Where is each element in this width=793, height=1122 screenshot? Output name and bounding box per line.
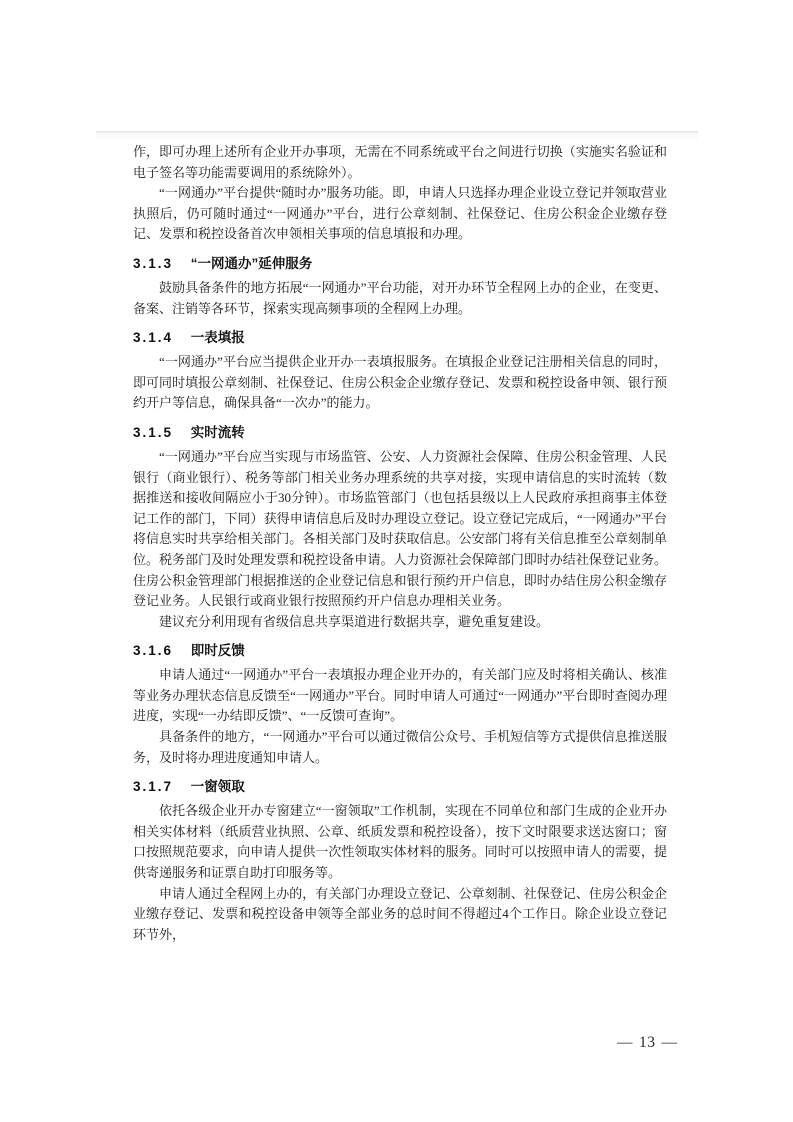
section-heading-3-1-4: 3.1.4 一表填报 (133, 327, 667, 348)
section-heading-3-1-7: 3.1.7 一窗领取 (133, 776, 667, 797)
body-paragraph: “一网通办”平台提供“随时办”服务功能。即，申请人只选择办理企业设立登记并领取营… (133, 183, 667, 245)
document-content: 作，即可办理上述所有企业开办事项，无需在不同系统或平台之间进行切换（实施实名验证… (133, 142, 667, 945)
body-paragraph: “一网通办”平台应当提供企业开办一表填报服务。在填报企业登记注册相关信息的同时，… (133, 352, 667, 414)
body-paragraph: 建议充分利用现有省级信息共享渠道进行数据共享，避免重复建设。 (133, 612, 667, 633)
body-paragraph: 申请人通过“一网通办”平台一表填报办理企业开办的，有关部门应及时将相关确认、核准… (133, 665, 667, 727)
section-title: 即时反馈 (191, 643, 245, 658)
section-number: 3.1.6 (133, 643, 173, 658)
section-title: “一网通办”延伸服务 (191, 256, 313, 271)
section-heading-3-1-3: 3.1.3 “一网通办”延伸服务 (133, 253, 667, 274)
section-title: 一窗领取 (191, 779, 245, 794)
section-number: 3.1.5 (133, 425, 173, 440)
section-number: 3.1.3 (133, 256, 173, 271)
section-heading-3-1-6: 3.1.6 即时反馈 (133, 640, 667, 661)
page-number: 13 (639, 1034, 656, 1051)
body-paragraph: 依托各级企业开办专窗建立“一窗领取”工作机制，实现在不同单位和部门生成的企业开办… (133, 801, 667, 883)
section-number: 3.1.7 (133, 779, 173, 794)
page-footer: —13— (611, 1034, 684, 1052)
body-paragraph-continuation: 作，即可办理上述所有企业开办事项，无需在不同系统或平台之间进行切换（实施实名验证… (133, 142, 667, 183)
body-paragraph: “一网通办”平台应当实现与市场监管、公安、人力资源社会保障、住房公积金管理、人民… (133, 447, 667, 612)
footer-dash-right: — (662, 1034, 678, 1051)
section-title: 实时流转 (191, 425, 245, 440)
section-title: 一表填报 (191, 330, 245, 345)
footer-dash-left: — (617, 1034, 633, 1051)
body-paragraph: 鼓励具备条件的地方拓展“一网通办”平台功能，对开办环节全程网上办的企业，在变更、… (133, 278, 667, 319)
body-paragraph: 申请人通过全程网上办的，有关部门办理设立登记、公章刻制、社保登记、住房公积金企业… (133, 884, 667, 946)
document-page: 作，即可办理上述所有企业开办事项，无需在不同系统或平台之间进行切换（实施实名验证… (0, 0, 793, 1122)
section-heading-3-1-5: 3.1.5 实时流转 (133, 422, 667, 443)
section-number: 3.1.4 (133, 330, 173, 345)
body-paragraph: 具备条件的地方，“一网通办”平台可以通过微信公众号、手机短信等方式提供信息推送服… (133, 727, 667, 768)
